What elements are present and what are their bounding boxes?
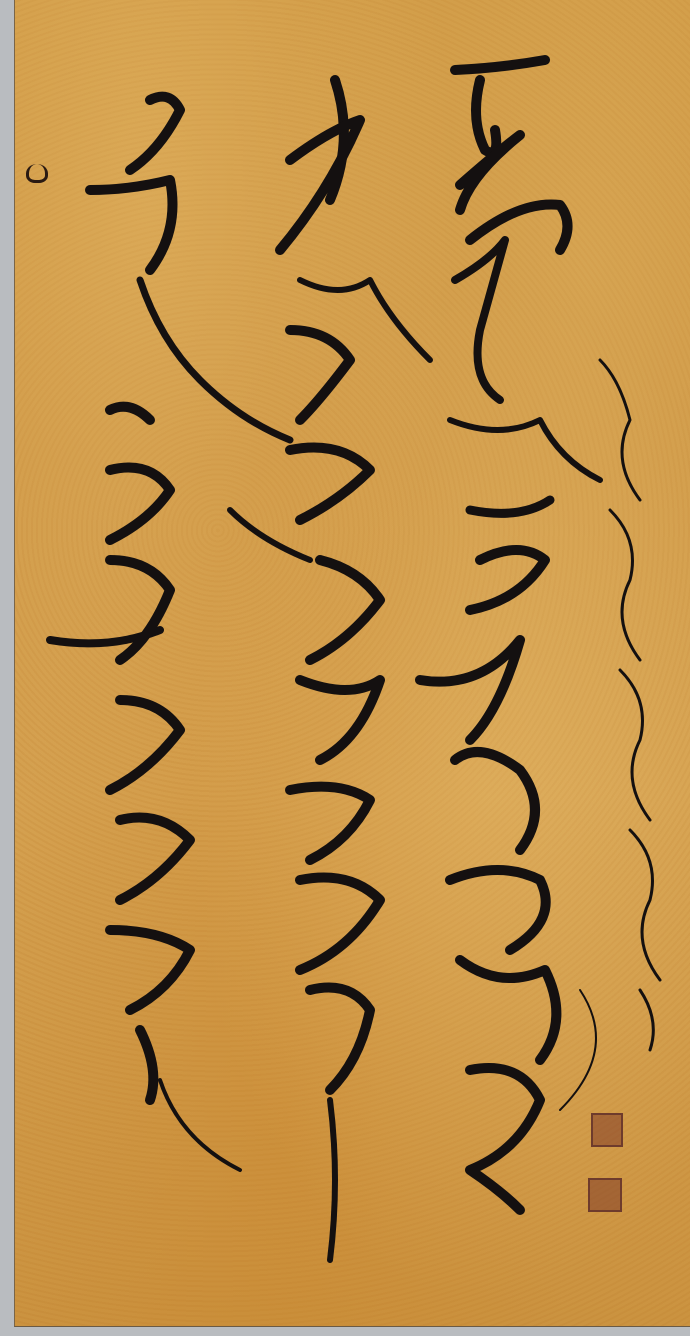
upper-seal [591, 1113, 623, 1147]
column-1 [420, 60, 600, 1210]
lower-seal [588, 1178, 622, 1212]
column-3 [50, 97, 290, 1170]
leading-seal-glyph [26, 164, 48, 183]
inscription-column [560, 360, 660, 1110]
column-2 [230, 80, 430, 1260]
calligraphy-ink [0, 0, 690, 1336]
